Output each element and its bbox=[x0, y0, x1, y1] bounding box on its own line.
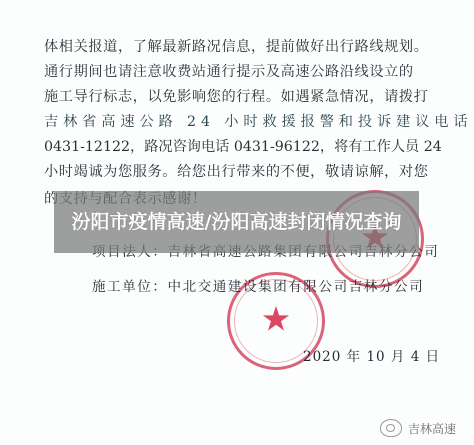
body-line-6: 小时竭诚为您服务。给您出行带来的不便，敬请谅解，对您 bbox=[44, 163, 424, 181]
contractor-line: 施工单位：中北交通建设集团有限公司吉林分公司 bbox=[92, 278, 424, 296]
document-page: 体相关报道，了解最新路况信息，提前做好出行路线规划。 通行期间也请注意收费站通行… bbox=[0, 0, 474, 445]
document-date: 2020 年 10 月 4 日 bbox=[303, 345, 440, 365]
title-overlay-banner: 汾阳市疫情高速/汾阳高速封闭情况查询 bbox=[54, 191, 419, 253]
contractor-label: 施工单位： bbox=[92, 279, 168, 295]
body-line-2: 通行期间也请注意收费站通行提示及高速公路沿线设立的 bbox=[44, 63, 424, 81]
body-line-1: 体相关报道，了解最新路况信息，提前做好出行路线规划。 bbox=[44, 38, 424, 56]
watermark-text: 吉林高速 bbox=[408, 420, 456, 437]
body-line-5: 0431-12122，路况咨询电话 0431-96122，将有工作人员 24 bbox=[44, 138, 424, 156]
overlay-title: 汾阳市疫情高速/汾阳高速封闭情况查询 bbox=[72, 211, 402, 234]
seal-star-icon: ★ bbox=[261, 302, 291, 336]
body-line-3: 施工导行标志，以免影响您的行程。如遇紧急情况，请拨打 bbox=[44, 88, 424, 106]
contractor-value: 中北交通建设集团有限公司吉林分公司 bbox=[168, 279, 425, 295]
body-line-4: 吉林省高速公路 24 小时救援报警和投诉建议电话 bbox=[44, 113, 424, 131]
weibo-icon bbox=[380, 419, 402, 437]
source-watermark: 吉林高速 bbox=[380, 419, 456, 437]
